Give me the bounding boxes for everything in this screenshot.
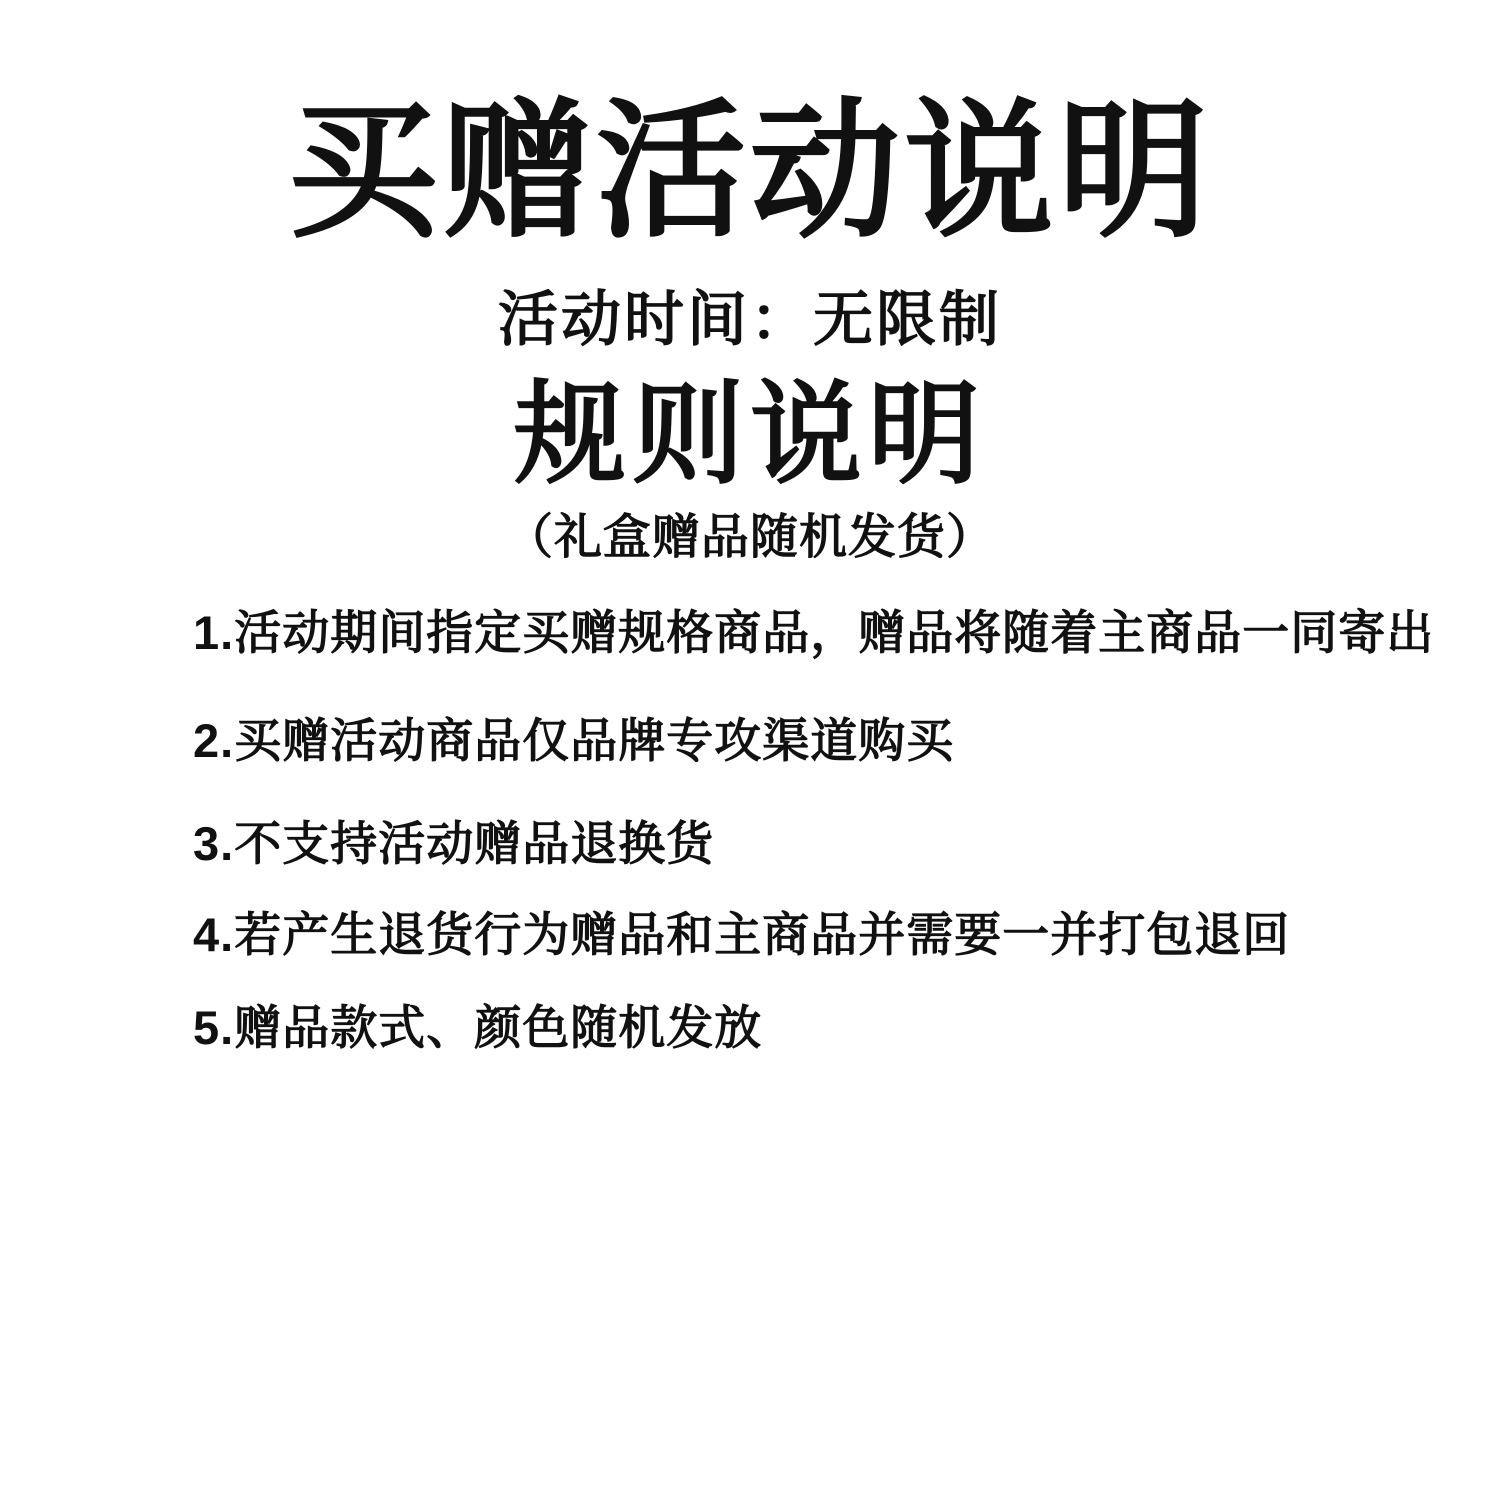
rule-item-4: 4.若产生退货行为赠品和主商品并需要一并打包退回 <box>193 910 1420 959</box>
promo-notice-page: 买赠活动说明 活动时间：无限制 规则说明 （礼盒赠品随机发货） 1.活动期间指定… <box>0 0 1500 1500</box>
rule-item-1: 1.活动期间指定买赠规格商品，赠品将随着主商品一同寄出 <box>193 608 1420 657</box>
activity-time-label: 活动时间：无限制 <box>0 289 1500 352</box>
rules-section-title: 规则说明 <box>0 378 1500 496</box>
rule-item-3: 3.不支持活动赠品退换货 <box>193 819 1420 868</box>
rule-item-5: 5.赠品款式、颜色随机发放 <box>193 1003 1420 1052</box>
rule-item-2: 2.买赠活动商品仅品牌专攻渠道购买 <box>193 716 1420 765</box>
rules-note: （礼盒赠品随机发货） <box>0 513 1500 563</box>
page-title: 买赠活动说明 <box>0 0 1500 253</box>
rules-list: 1.活动期间指定买赠规格商品，赠品将随着主商品一同寄出 2.买赠活动商品仅品牌专… <box>0 608 1500 1052</box>
